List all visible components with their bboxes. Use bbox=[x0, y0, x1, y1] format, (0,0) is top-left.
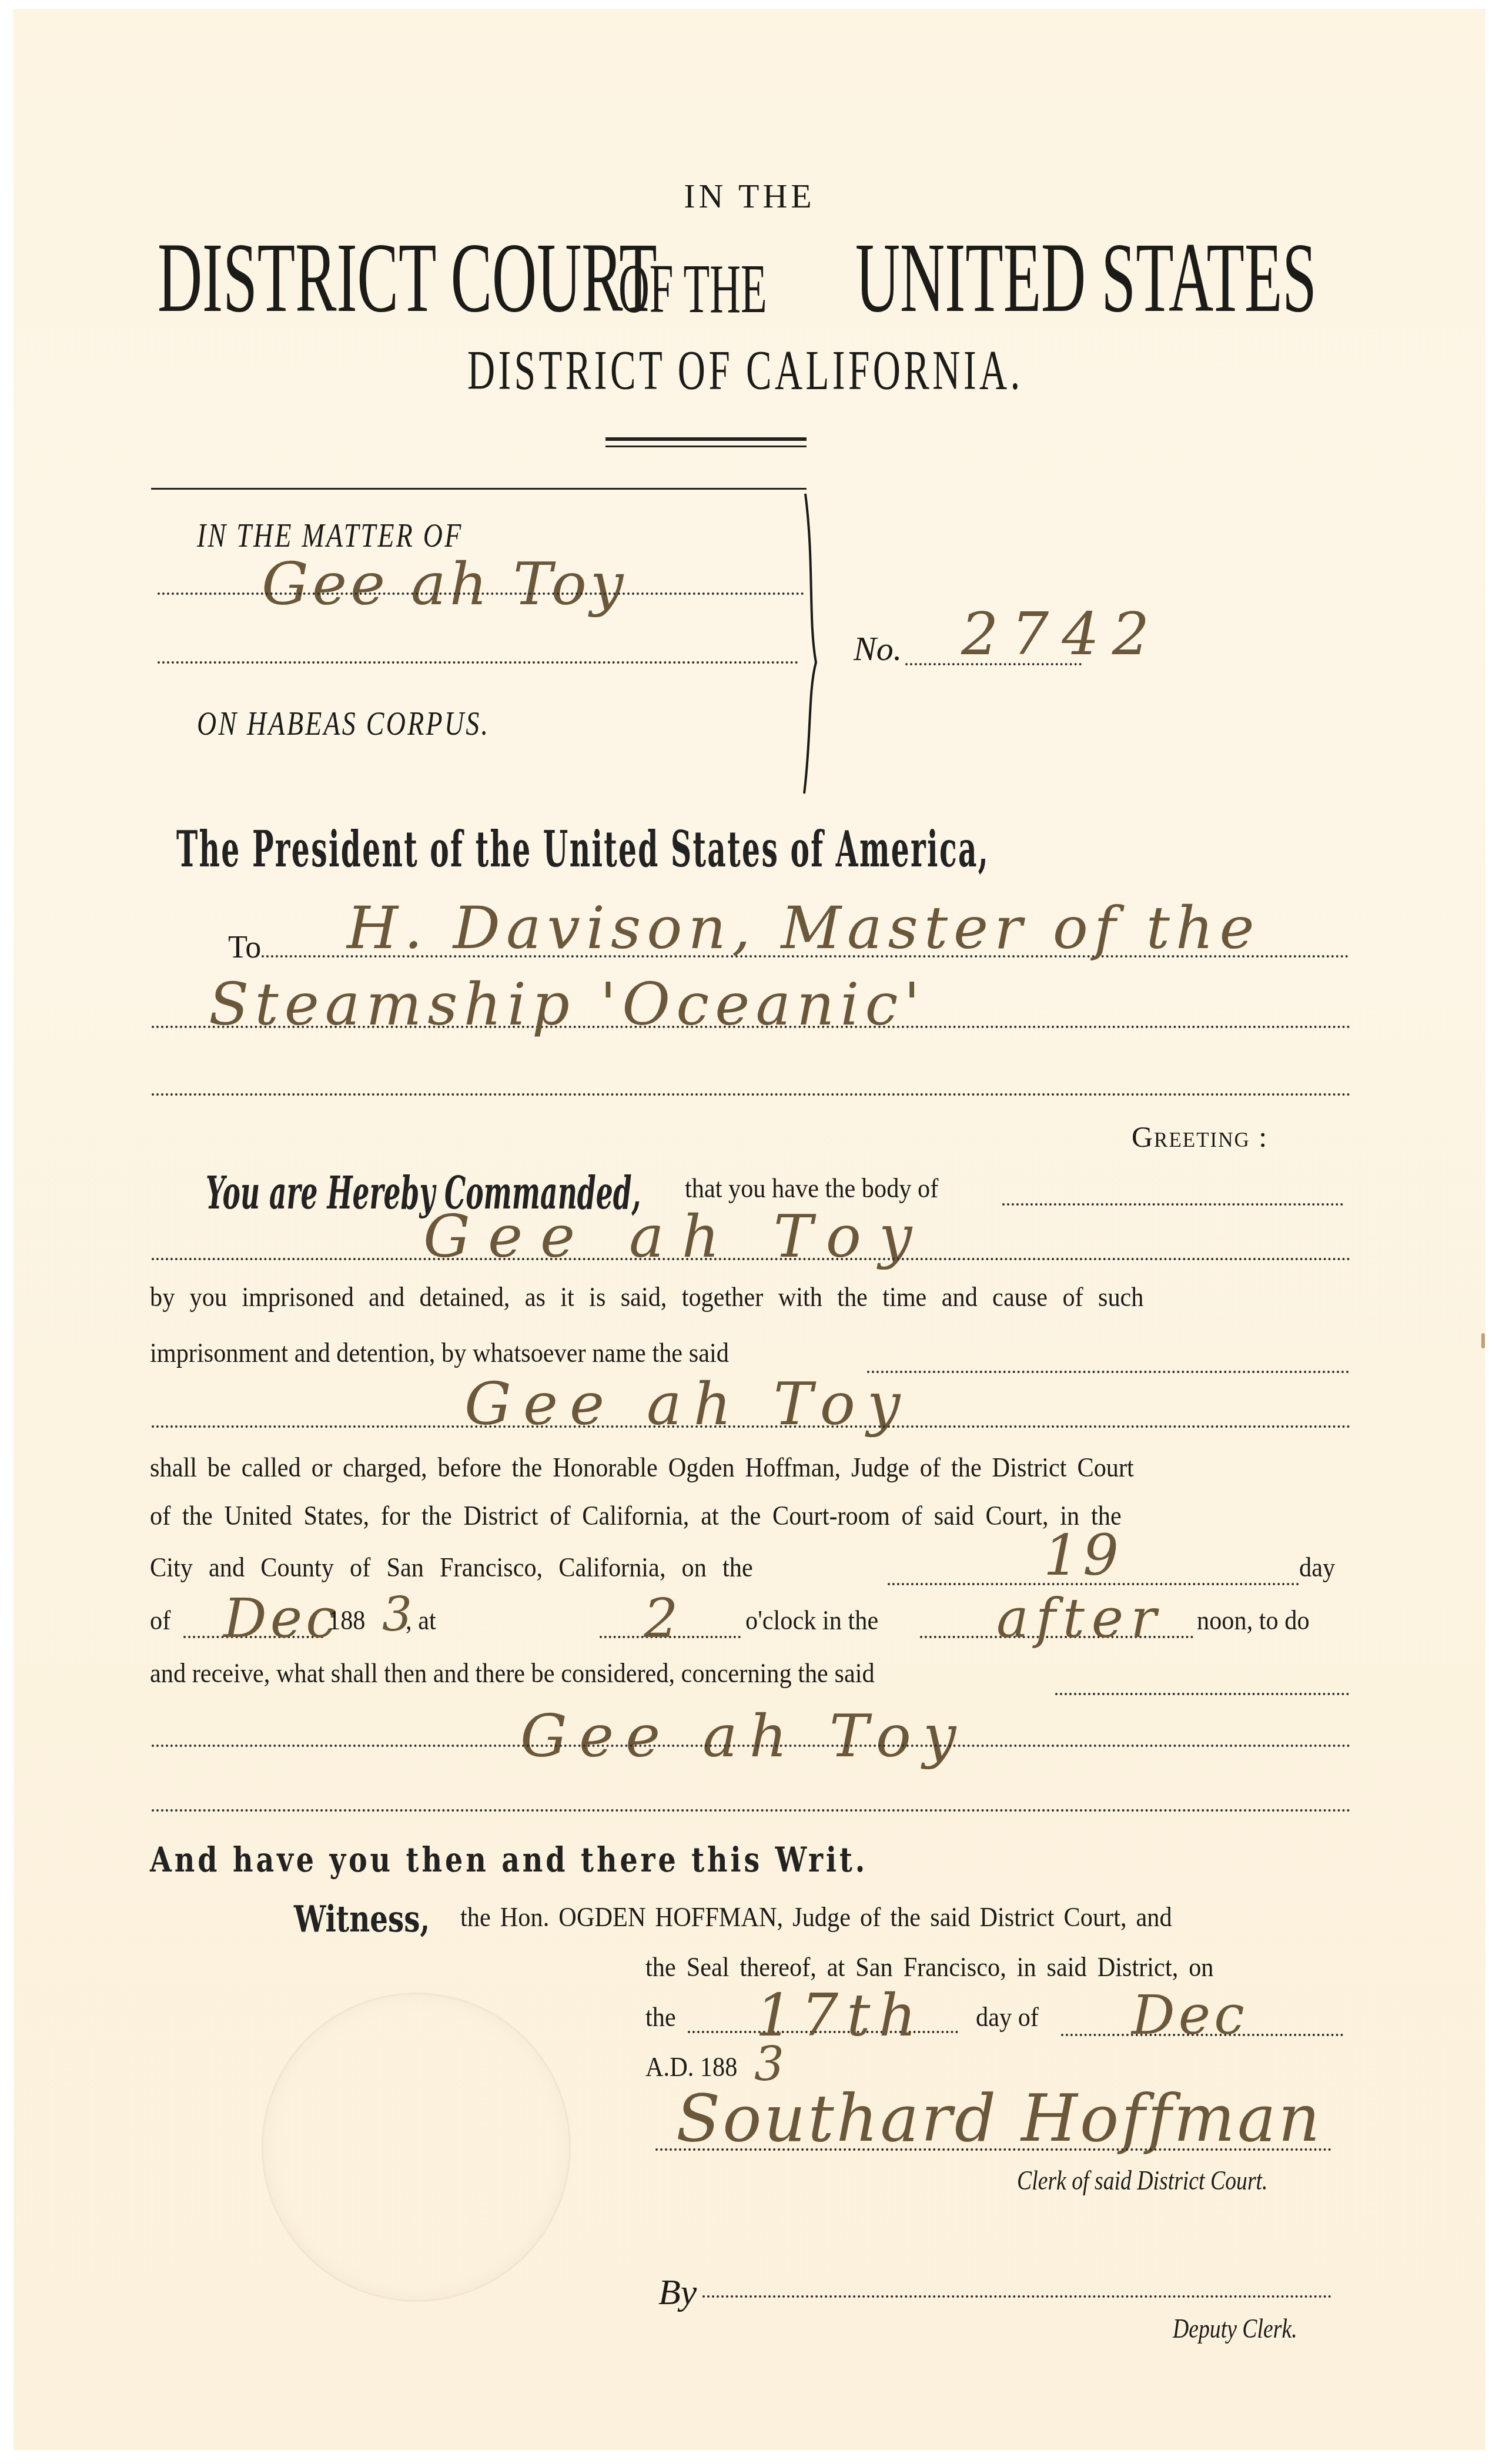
witness-day-of-wrap: day of bbox=[976, 2001, 1044, 2033]
witness-day-of-label: day of bbox=[976, 2001, 1039, 2033]
at-label-wrap: , at bbox=[406, 1605, 439, 1636]
hearing-day-value: 19 bbox=[1043, 1522, 1122, 1588]
para-line-2-wrap: imprisonment and detention, by whatsoeve… bbox=[150, 1337, 779, 1368]
witness-the-wrap: the bbox=[645, 2001, 678, 2033]
para-line-3-wrap: shall be called or charged, before the H… bbox=[150, 1452, 1219, 1483]
to-label: To bbox=[228, 929, 261, 965]
ad-label-wrap: A.D. 188 bbox=[645, 2051, 745, 2083]
clerk-label-wrap: Clerk of said District Court. bbox=[1017, 2165, 1323, 2196]
para-line-1-wrap: by you imprisoned and detained, as it is… bbox=[150, 1281, 1230, 1313]
addressee-line-3 bbox=[152, 1093, 1351, 1096]
para-line-7-wrap: and receive, what shall then and there b… bbox=[150, 1658, 938, 1689]
court-title-part-b: OF THE bbox=[618, 254, 767, 324]
witness-line-2: the Seal thereof, at San Francisco, in s… bbox=[645, 1951, 1214, 1983]
para-line-1: by you imprisoned and detained, as it is… bbox=[150, 1281, 1144, 1313]
detainee-line-2 bbox=[152, 1425, 1351, 1428]
oclock-label: o'clock in the bbox=[745, 1605, 878, 1636]
addressee-handwritten-2: Steamship 'Oceanic' bbox=[209, 970, 926, 1039]
header-rule-thin bbox=[605, 446, 807, 447]
deputy-clerk-label: Deputy Clerk. bbox=[1173, 2313, 1297, 2344]
closing-wrap: And have you then and there this Writ. bbox=[150, 1840, 1025, 1880]
petitioner-name-handwritten: Gee ah Toy bbox=[262, 550, 627, 618]
matter-line-1 bbox=[158, 592, 804, 595]
header-in-the: IN THE bbox=[0, 176, 1499, 216]
hearing-hour-value: 2 bbox=[644, 1587, 682, 1650]
hearing-month-value: Dec bbox=[223, 1587, 340, 1650]
embossed-seal bbox=[262, 1993, 571, 2302]
year-prefix: 188 bbox=[328, 1605, 365, 1636]
case-number-value: 2742 bbox=[961, 600, 1163, 668]
noon-label: noon, to do bbox=[1197, 1605, 1310, 1636]
matter-line-2 bbox=[158, 661, 798, 664]
body-of-line bbox=[1002, 1203, 1343, 1206]
para-line-5b: day bbox=[1299, 1552, 1335, 1583]
para-line-7: and receive, what shall then and there b… bbox=[150, 1658, 875, 1689]
greeting-label: Greeting : bbox=[1132, 1120, 1268, 1154]
witness-line-1-wrap: the Hon. OGDEN HOFFMAN, Judge of the sai… bbox=[460, 1901, 1234, 1933]
witness-lead-wrap: Witness, bbox=[294, 1897, 469, 1940]
said-name-line bbox=[867, 1371, 1349, 1373]
matter-box-brace bbox=[788, 491, 823, 796]
deputy-signature-line bbox=[702, 2295, 1331, 2298]
header-rule-thick bbox=[605, 437, 807, 441]
district-of-california: DISTRICT OF CALIFORNIA. bbox=[467, 344, 1023, 397]
command-rest-wrap: that you have the body of bbox=[685, 1173, 961, 1204]
command-rest: that you have the body of bbox=[685, 1173, 938, 1204]
witness-month-value: Dec bbox=[1132, 1984, 1248, 2047]
president-heading: The President of the United States of Am… bbox=[176, 820, 989, 878]
concerning-line bbox=[1055, 1693, 1349, 1695]
of-label: of bbox=[150, 1605, 170, 1636]
court-title-of-the-wrap: OF THE bbox=[618, 254, 858, 324]
witness-the-label: the bbox=[645, 2001, 676, 2033]
by-label: By bbox=[658, 2272, 697, 2314]
para-line-5b-wrap: day bbox=[1299, 1552, 1338, 1583]
on-habeas-corpus-label: ON HABEAS CORPUS. bbox=[197, 705, 490, 743]
district-of-california-wrap: DISTRICT OF CALIFORNIA. bbox=[467, 344, 1284, 397]
detainee-line-3 bbox=[152, 1745, 1351, 1747]
court-title-part-a: DISTRICT COURT bbox=[158, 230, 624, 324]
clerk-signature: Southard Hoffman bbox=[676, 2081, 1322, 2156]
salutation-wrap: The President of the United States of Am… bbox=[176, 820, 1499, 878]
at-label: , at bbox=[406, 1605, 436, 1636]
detainee-line-1 bbox=[152, 1258, 1351, 1260]
oclock-label-wrap: o'clock in the bbox=[745, 1605, 890, 1636]
witness-line-2-wrap: the Seal thereof, at San Francisco, in s… bbox=[645, 1951, 1263, 1983]
paper-stain bbox=[1481, 1333, 1485, 1348]
hearing-noon-prefix-value: after bbox=[996, 1587, 1163, 1650]
habeas-label-wrap: ON HABEAS CORPUS. bbox=[197, 705, 554, 743]
closing-writ-line: And have you then and there this Writ. bbox=[150, 1840, 868, 1880]
of-label-wrap: of bbox=[150, 1605, 172, 1636]
noon-label-wrap: noon, to do bbox=[1197, 1605, 1319, 1636]
detainee-name-1: Gee ah Toy bbox=[423, 1202, 929, 1271]
para-line-5a: City and County of San Francisco, Califo… bbox=[150, 1552, 753, 1583]
witness-line-1: the Hon. OGDEN HOFFMAN, Judge of the sai… bbox=[460, 1901, 1172, 1933]
ad-label: A.D. 188 bbox=[645, 2051, 737, 2083]
para-line-5-wrap: City and County of San Francisco, Califo… bbox=[150, 1552, 805, 1583]
clerk-signature-line bbox=[655, 2148, 1331, 2151]
case-number-label: No. bbox=[854, 629, 902, 668]
witness-lead: Witness, bbox=[294, 1897, 430, 1940]
para-line-3: shall be called or charged, before the H… bbox=[150, 1452, 1134, 1483]
court-title-part-c: UNITED STATES bbox=[855, 230, 1317, 324]
clerk-label: Clerk of said District Court. bbox=[1017, 2165, 1267, 2196]
year-prefix-wrap: 188 bbox=[328, 1605, 369, 1636]
para-line-2: imprisonment and detention, by whatsoeve… bbox=[150, 1337, 729, 1368]
addressee-handwritten-1: H. Davison, Master of the bbox=[347, 893, 1260, 962]
detainee-name-2: Gee ah Toy bbox=[464, 1370, 912, 1438]
detainee-name-3: Gee ah Toy bbox=[520, 1702, 968, 1770]
matter-box-top-rule bbox=[151, 488, 807, 490]
para-line-4: of the United States, for the District o… bbox=[150, 1500, 1122, 1531]
detainee-line-4 bbox=[152, 1809, 1351, 1812]
deputy-label-wrap: Deputy Clerk. bbox=[1173, 2313, 1324, 2344]
court-title-states-wrap: UNITED STATES bbox=[855, 230, 1499, 324]
